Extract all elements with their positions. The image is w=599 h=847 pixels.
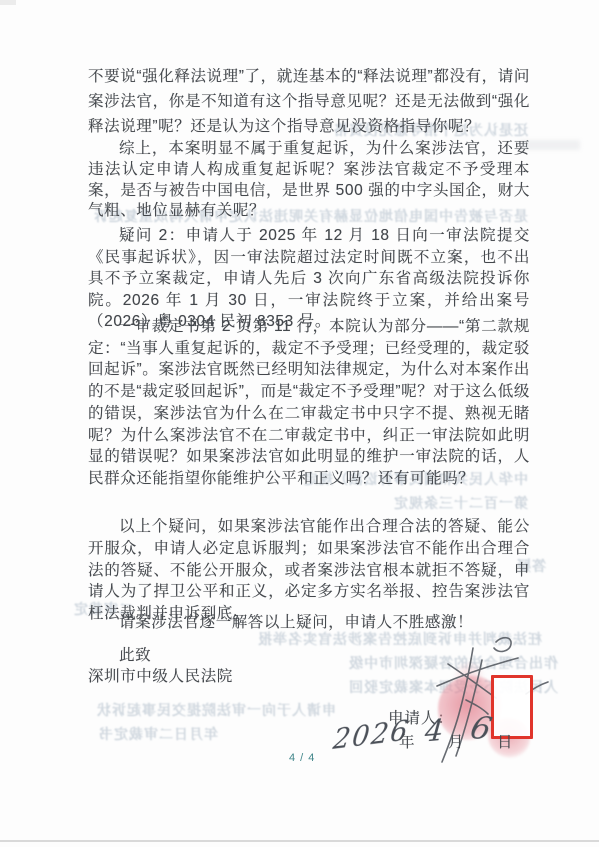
year-unit-label: 年 <box>399 730 415 752</box>
paragraph-summary: 综上，本案明显不属于重复起诉，为什么案涉法官，还要违法认定申请人构成重复起诉呢？… <box>88 139 530 222</box>
paragraph-ruling-analysis: 一审裁定书第 2 页第 11 行，本院认为部分——“第二款规定：“当事人重复起诉… <box>88 316 530 490</box>
scan-smudge <box>520 140 580 150</box>
handwritten-month: 4 <box>424 713 445 749</box>
scanned-legal-document-page: 还是认为这个指导意见没资格 是否与被告中国电信地位显赫有关呢违法认定申请人构成重… <box>0 0 599 847</box>
bleed-through-line: 申请人于向一审法院提交民事起诉状 <box>56 700 336 720</box>
paragraph-continuation: 不要说“强化释法说理”了，就连基本的“释法说理”都没有，请问案涉法官，你是不知道… <box>88 64 530 139</box>
bleed-through-line: 年月日二审裁定书 <box>56 724 218 744</box>
paragraph-demand: 以上个疑问，如果案涉法官能作出合理合法的答疑、能公开服众，申请人必定息诉服判；如… <box>88 516 530 625</box>
scan-edge-shadow <box>0 840 599 842</box>
handwritten-signature <box>370 630 570 780</box>
page-number: 4 / 4 <box>289 752 315 764</box>
day-unit-label: 日 <box>497 730 513 752</box>
scan-corner-artifact <box>0 0 16 5</box>
month-unit-label: 月 <box>448 730 464 752</box>
bleed-through-line: 第一百二十三条规定 <box>372 493 528 513</box>
